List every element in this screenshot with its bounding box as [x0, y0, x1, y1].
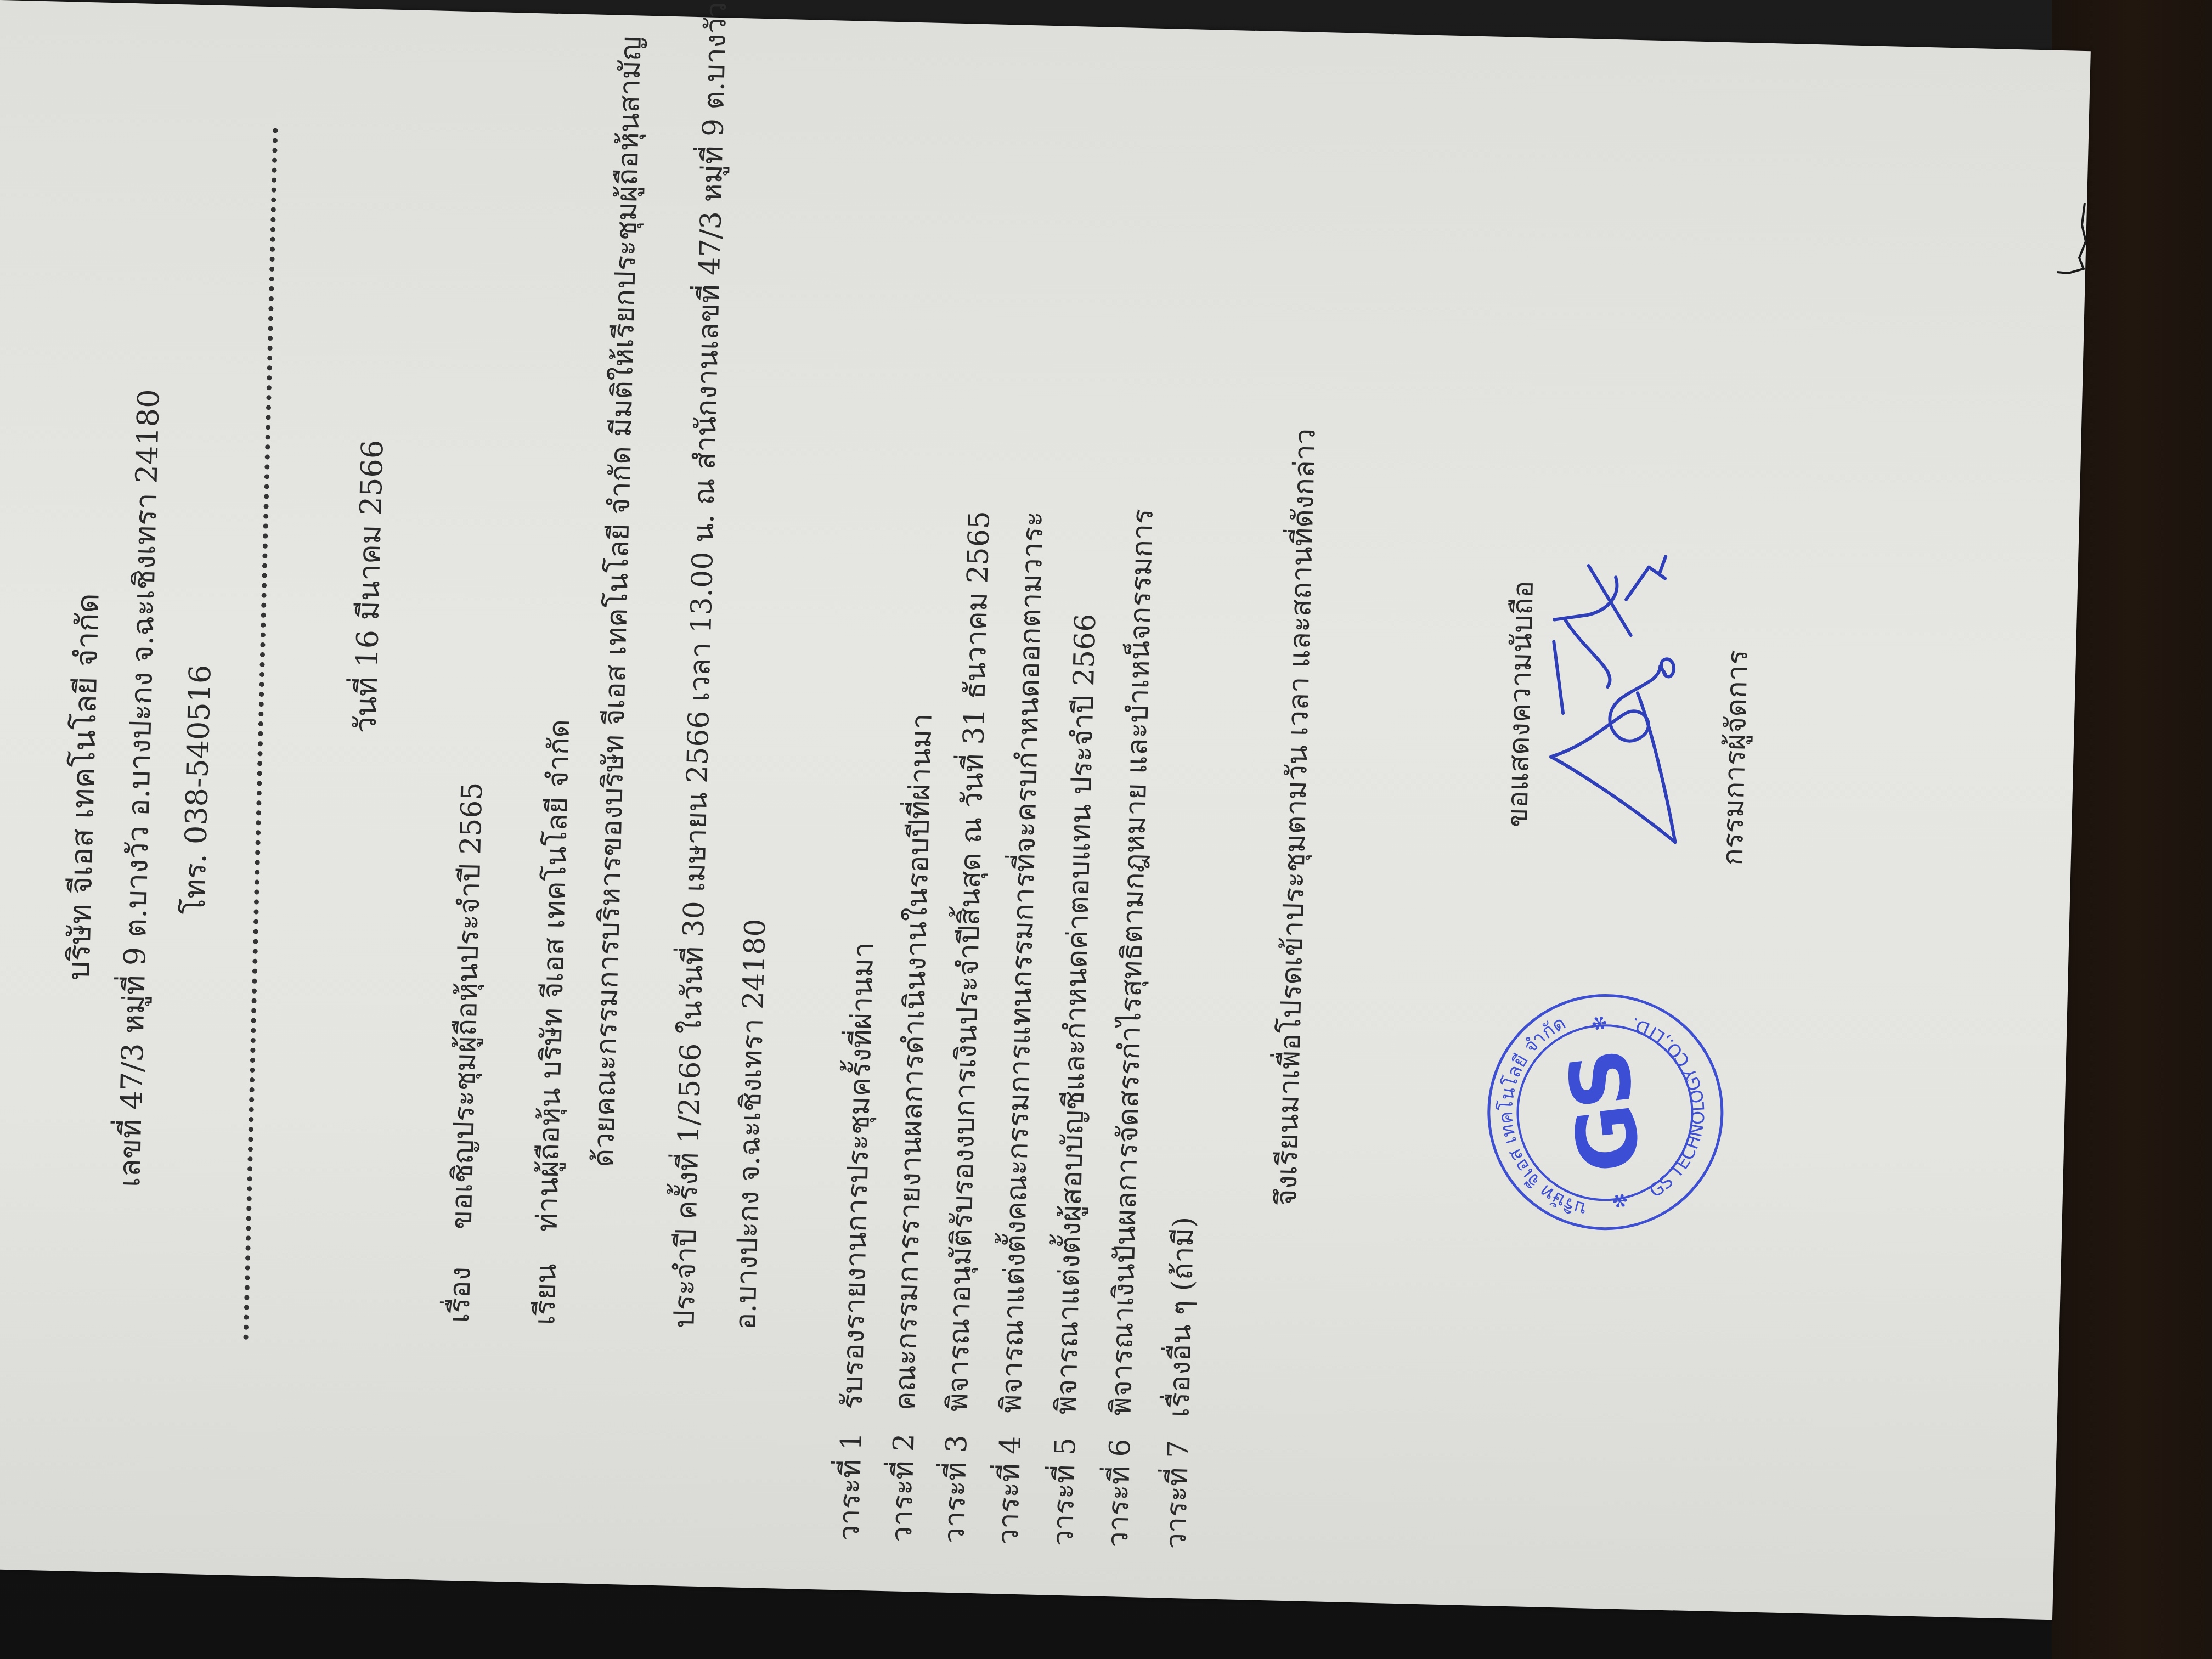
agenda-label: วาระที่ 7: [1162, 1440, 1193, 1549]
company-phone: โทร. 038-540516: [179, 664, 215, 915]
agenda-item-text: พิจารณาแต่งตั้งผู้สอบบัญชีและกำหนดค่าตอบ…: [1052, 613, 1101, 1415]
body-line-3: อ.บางปะกง จ.ฉะเชิงเทรา 24180: [731, 918, 770, 1330]
agenda-label: วาระที่ 5: [1049, 1437, 1080, 1546]
agenda-label: วาระที่ 6: [1104, 1438, 1135, 1548]
letter-paper: บริษัท จีเอส เทคโนโลยี จำกัด เลขที่ 47/3…: [0, 0, 2091, 1620]
company-address: เลขที่ 47/3 หมู่ที่ 9 ต.บางวัว อ.บางปะกง…: [115, 389, 164, 1187]
agenda-item-text: รับรองรายงานการประชุมครั้งที่ผ่านมา: [838, 942, 878, 1409]
company-name: บริษัท จีเอส เทคโนโลยี จำกัด: [64, 592, 104, 980]
recipient-text: ท่านผู้ถือหุ้น บริษัท จีเอส เทคโนโลยี จำ…: [533, 719, 574, 1232]
signatory-title: กรรมการผู้จัดการ: [1718, 650, 1752, 866]
closing-line: จึงเรียนมาเพื่อโปรดเข้าประชุมตามวัน เวลา…: [1272, 428, 1320, 1206]
agenda-label: วาระที่ 4: [994, 1436, 1025, 1545]
recipient-label: เรียน: [531, 1263, 561, 1325]
stamp-monogram: GS: [1551, 1047, 1660, 1177]
subject-text: ขอเชิญประชุมผู้ถือหุ้นประจำปี 2565: [448, 782, 487, 1230]
body-line-1: ด้วยคณะกรรมการบริหารของบริษัท จีเอส เทคโ…: [589, 36, 645, 1167]
header-divider: [243, 127, 278, 1340]
agenda-label: วาระที่ 1: [835, 1432, 866, 1541]
agenda-item-text: เรื่องอื่น ๆ (ถ้ามี): [1165, 1216, 1199, 1418]
agenda-item-text: พิจารณาเงินปันผลการจัดสรรกำไรสุทธิตามกฎห…: [1107, 508, 1158, 1416]
body-line-2: ประจำปี ครั้งที่ 1/2566 ในวันที่ 30 เมษา…: [670, 2, 731, 1329]
rotated-letter: บริษัท จีเอส เทคโนโลยี จำกัด เลขที่ 47/3…: [0, 0, 2091, 1569]
agenda-label: วาระที่ 3: [940, 1435, 972, 1544]
agenda-item-text: พิจารณาแต่งตั้งคณะกรรมการแทนกรรมการที่จะ…: [997, 511, 1048, 1414]
letter-date: วันที่ 16 มีนาคม 2566: [351, 439, 388, 733]
company-stamp: บริษัท จีเอส เทคโนโลยี จำกัด GS TECHNOLO…: [1475, 981, 1736, 1243]
subject-label: เรื่อง: [445, 1266, 475, 1323]
agenda-item-text: คณะกรรมการรายงานผลการดำเนินงานในรอบปีที่…: [891, 713, 936, 1411]
handwritten-signature: [1538, 543, 1699, 854]
agenda-item-text: พิจารณาอนุมัติรับรองงบการเงินประจำปีสิ้น…: [944, 510, 994, 1412]
torn-edge-mark: [2052, 203, 2090, 274]
signoff: ขอแสดงความนับถือ: [1503, 580, 1538, 828]
agenda-label: วาระที่ 2: [888, 1433, 919, 1542]
